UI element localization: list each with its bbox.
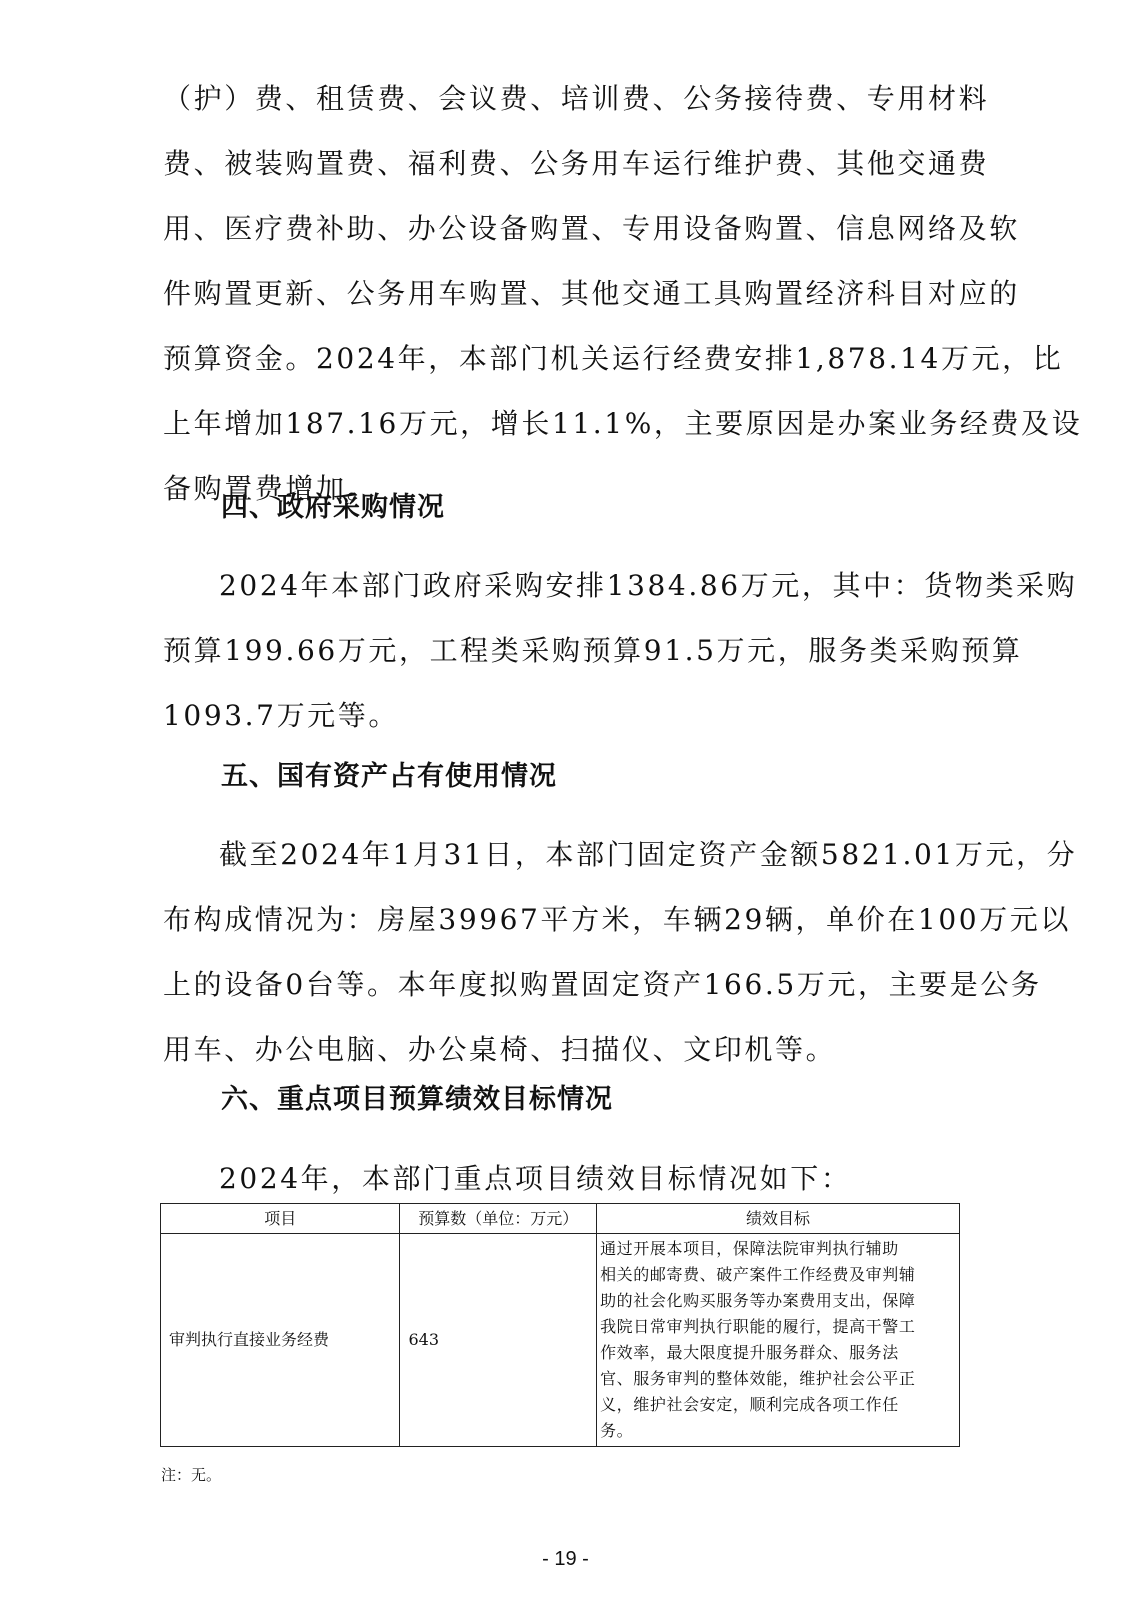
goal-line: 作效率，最大限度提升服务群众、服务法 [600, 1340, 957, 1366]
paragraph-performance-intro: 2024年，本部门重点项目绩效目标情况如下： [163, 1146, 958, 1211]
section-heading-state-assets: 五、国有资产占有使用情况 [221, 757, 557, 797]
text-line: 1093.7万元等。 [163, 683, 958, 748]
performance-goals-table: 项目 预算数（单位：万元） 绩效目标 审判执行直接业务经费 643 通过开展本项… [160, 1203, 960, 1447]
goal-line: 相关的邮寄费、破产案件工作经费及审判辅 [600, 1262, 957, 1288]
text-line: 件购置更新、公务用车购置、其他交通工具购置经济科目对应的 [163, 261, 958, 326]
text-line: 用车、办公电脑、办公桌椅、扫描仪、文印机等。 [163, 1017, 958, 1082]
text-line: 截至2024年1月31日，本部门固定资产金额5821.01万元，分 [163, 822, 958, 887]
text-line: 预算199.66万元，工程类采购预算91.5万元，服务类采购预算 [163, 618, 958, 683]
section-heading-performance-goals: 六、重点项目预算绩效目标情况 [221, 1080, 613, 1120]
column-header-project: 项目 [161, 1204, 400, 1234]
goal-line: 我院日常审判执行职能的履行，提高干警工 [600, 1314, 957, 1340]
text-line: （护）费、租赁费、会议费、培训费、公务接待费、专用材料 [163, 66, 958, 131]
table-row: 审判执行直接业务经费 643 通过开展本项目，保障法院审判执行辅助 相关的邮寄费… [161, 1234, 960, 1447]
text-line: 用、医疗费补助、办公设备购置、专用设备购置、信息网络及软 [163, 196, 958, 261]
paragraph-operating-expenses: （护）费、租赁费、会议费、培训费、公务接待费、专用材料 费、被装购置费、福利费、… [163, 66, 958, 521]
goal-line: 通过开展本项目，保障法院审判执行辅助 [600, 1236, 957, 1262]
text-line: 费、被装购置费、福利费、公务用车运行维护费、其他交通费 [163, 131, 958, 196]
cell-project: 审判执行直接业务经费 [161, 1234, 400, 1447]
column-header-budget: 预算数（单位：万元） [400, 1204, 597, 1234]
text-line: 上的设备0台等。本年度拟购置固定资产166.5万元，主要是公务 [163, 952, 958, 1017]
text-line: 布构成情况为：房屋39967平方米，车辆29辆，单价在100万元以 [163, 887, 958, 952]
section-heading-procurement: 四、政府采购情况 [221, 488, 445, 528]
text-line: 上年增加187.16万元，增长11.1%，主要原因是办案业务经费及设 [163, 391, 958, 456]
cell-budget: 643 [400, 1234, 597, 1447]
text-line: 2024年，本部门重点项目绩效目标情况如下： [163, 1146, 958, 1211]
goal-line: 官、服务审判的整体效能，维护社会公平正 [600, 1366, 957, 1392]
goal-line: 助的社会化购买服务等办案费用支出，保障 [600, 1288, 957, 1314]
goal-line: 义，维护社会安定，顺利完成各项工作任 [600, 1392, 957, 1418]
text-line: 2024年本部门政府采购安排1384.86万元，其中：货物类采购 [163, 553, 958, 618]
text-line: 预算资金。2024年，本部门机关运行经费安排1,878.14万元，比 [163, 326, 958, 391]
cell-goal: 通过开展本项目，保障法院审判执行辅助 相关的邮寄费、破产案件工作经费及审判辅 助… [597, 1234, 960, 1447]
goal-line: 务。 [600, 1418, 957, 1444]
paragraph-state-assets: 截至2024年1月31日，本部门固定资产金额5821.01万元，分 布构成情况为… [163, 822, 958, 1082]
page-number: - 19 - [0, 1548, 1131, 1571]
table-header-row: 项目 预算数（单位：万元） 绩效目标 [161, 1204, 960, 1234]
document-page: （护）费、租赁费、会议费、培训费、公务接待费、专用材料 费、被装购置费、福利费、… [0, 0, 1131, 1600]
column-header-goal: 绩效目标 [597, 1204, 960, 1234]
table-note: 注：无。 [161, 1464, 221, 1485]
paragraph-procurement: 2024年本部门政府采购安排1384.86万元，其中：货物类采购 预算199.6… [163, 553, 958, 748]
